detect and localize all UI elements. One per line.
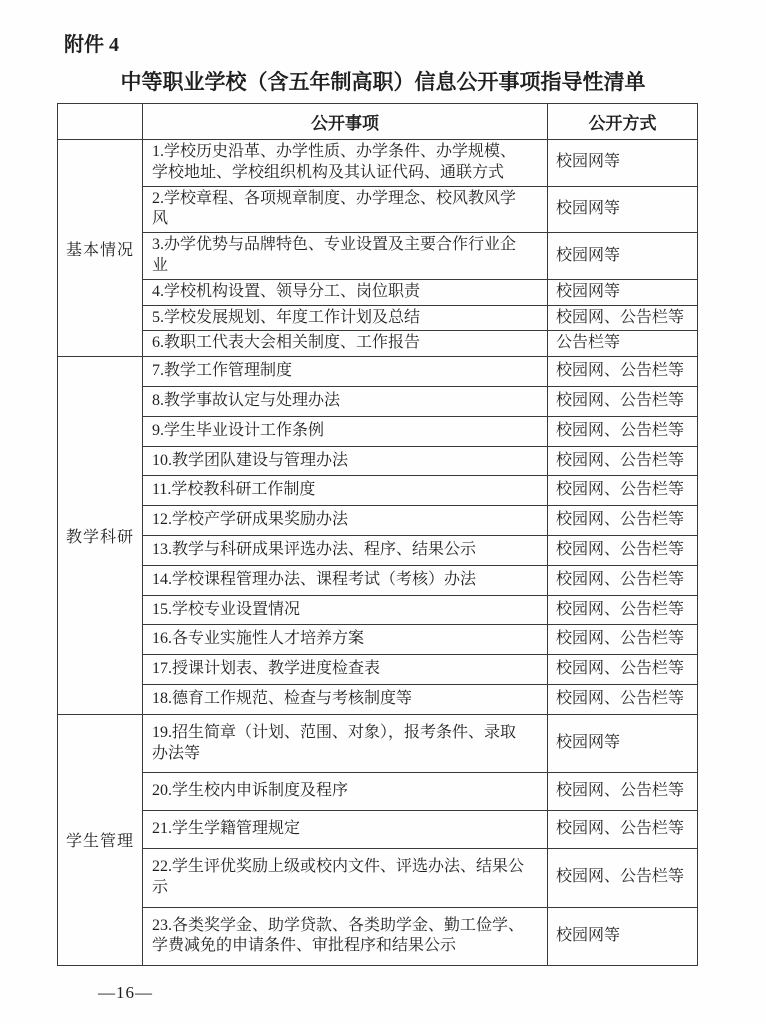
table-row: 9.学生毕业设计工作条例校园网、公告栏等 <box>58 416 698 446</box>
method-cell: 校园网、公告栏等 <box>548 684 698 714</box>
method-cell: 校园网等 <box>548 140 698 187</box>
item-cell: 3.办学优势与品牌特色、专业设置及主要合作行业企业 <box>143 233 548 280</box>
method-cell: 校园网等 <box>548 907 698 966</box>
item-cell: 16.各专业实施性人才培养方案 <box>143 625 548 655</box>
table-header-row: 公开事项 公开方式 <box>58 104 698 140</box>
method-cell: 校园网等 <box>548 233 698 280</box>
item-cell: 9.学生毕业设计工作条例 <box>143 416 548 446</box>
method-cell: 校园网、公告栏等 <box>548 655 698 685</box>
item-cell: 15.学校专业设置情况 <box>143 595 548 625</box>
table-row: 15.学校专业设置情况校园网、公告栏等 <box>58 595 698 625</box>
disclosure-table: 公开事项 公开方式 基本情况1.学校历史沿革、办学性质、办学条件、办学规模、学校… <box>57 103 698 966</box>
table-row: 教学科研7.教学工作管理制度校园网、公告栏等 <box>58 357 698 387</box>
item-cell: 17.授课计划表、教学进度检查表 <box>143 655 548 685</box>
item-cell: 18.德育工作规范、检查与考核制度等 <box>143 684 548 714</box>
item-cell: 20.学生校内申诉制度及程序 <box>143 773 548 811</box>
method-cell: 校园网、公告栏等 <box>548 773 698 811</box>
method-cell: 校园网、公告栏等 <box>548 565 698 595</box>
table-row: 3.办学优势与品牌特色、专业设置及主要合作行业企业校园网等 <box>58 233 698 280</box>
method-cell: 校园网、公告栏等 <box>548 625 698 655</box>
item-cell: 14.学校课程管理办法、课程考试（考核）办法 <box>143 565 548 595</box>
table-row: 学生管理19.招生简章（计划、范围、对象），报考条件、录取办法等校园网等 <box>58 714 698 773</box>
method-cell: 校园网、公告栏等 <box>548 386 698 416</box>
item-cell: 10.教学团队建设与管理办法 <box>143 446 548 476</box>
method-cell: 校园网、公告栏等 <box>548 506 698 536</box>
table-row: 5.学校发展规划、年度工作计划及总结校园网、公告栏等 <box>58 305 698 331</box>
item-cell: 8.教学事故认定与处理办法 <box>143 386 548 416</box>
method-cell: 校园网等 <box>548 186 698 233</box>
method-cell: 校园网、公告栏等 <box>548 535 698 565</box>
table-row: 20.学生校内申诉制度及程序校园网、公告栏等 <box>58 773 698 811</box>
category-cell: 教学科研 <box>58 357 143 715</box>
method-cell: 校园网、公告栏等 <box>548 416 698 446</box>
category-cell: 学生管理 <box>58 714 143 965</box>
method-cell: 公告栏等 <box>548 331 698 357</box>
method-cell: 校园网、公告栏等 <box>548 305 698 331</box>
item-cell: 2.学校章程、各项规章制度、办学理念、校风教风学风 <box>143 186 548 233</box>
item-cell: 6.教职工代表大会相关制度、工作报告 <box>143 331 548 357</box>
table-row: 23.各类奖学金、助学贷款、各类助学金、勤工俭学、学费减免的申请条件、审批程序和… <box>58 907 698 966</box>
document-page: 附件 4 中等职业学校（含五年制高职）信息公开事项指导性清单 公开事项 公开方式… <box>0 0 766 1024</box>
method-cell: 校园网、公告栏等 <box>548 446 698 476</box>
item-cell: 13.教学与科研成果评选办法、程序、结果公示 <box>143 535 548 565</box>
table-row: 4.学校机构设置、领导分工、岗位职责校园网等 <box>58 279 698 305</box>
item-cell: 21.学生学籍管理规定 <box>143 811 548 849</box>
table-row: 16.各专业实施性人才培养方案校园网、公告栏等 <box>58 625 698 655</box>
table-row: 12.学校产学研成果奖励办法校园网、公告栏等 <box>58 506 698 536</box>
item-cell: 7.教学工作管理制度 <box>143 357 548 387</box>
table-row: 2.学校章程、各项规章制度、办学理念、校风教风学风校园网等 <box>58 186 698 233</box>
table-row: 21.学生学籍管理规定校园网、公告栏等 <box>58 811 698 849</box>
table-row: 13.教学与科研成果评选办法、程序、结果公示校园网、公告栏等 <box>58 535 698 565</box>
method-cell: 校园网等 <box>548 279 698 305</box>
method-cell: 校园网、公告栏等 <box>548 357 698 387</box>
table-row: 基本情况1.学校历史沿革、办学性质、办学条件、办学规模、学校地址、学校组织机构及… <box>58 140 698 187</box>
table-row: 18.德育工作规范、检查与考核制度等校园网、公告栏等 <box>58 684 698 714</box>
item-cell: 23.各类奖学金、助学贷款、各类助学金、勤工俭学、学费减免的申请条件、审批程序和… <box>143 907 548 966</box>
table-row: 8.教学事故认定与处理办法校园网、公告栏等 <box>58 386 698 416</box>
table-row: 22.学生评优奖励上级或校内文件、评选办法、结果公示校园网、公告栏等 <box>58 848 698 907</box>
method-cell: 校园网、公告栏等 <box>548 595 698 625</box>
table-row: 11.学校教科研工作制度校园网、公告栏等 <box>58 476 698 506</box>
method-cell: 校园网、公告栏等 <box>548 811 698 849</box>
table-row: 14.学校课程管理办法、课程考试（考核）办法校园网、公告栏等 <box>58 565 698 595</box>
header-category-cell <box>58 104 143 140</box>
method-cell: 校园网等 <box>548 714 698 773</box>
item-cell: 19.招生简章（计划、范围、对象），报考条件、录取办法等 <box>143 714 548 773</box>
method-cell: 校园网、公告栏等 <box>548 476 698 506</box>
category-cell: 基本情况 <box>58 140 143 357</box>
item-cell: 4.学校机构设置、领导分工、岗位职责 <box>143 279 548 305</box>
item-cell: 22.学生评优奖励上级或校内文件、评选办法、结果公示 <box>143 848 548 907</box>
table-row: 10.教学团队建设与管理办法校园网、公告栏等 <box>58 446 698 476</box>
item-cell: 11.学校教科研工作制度 <box>143 476 548 506</box>
item-cell: 12.学校产学研成果奖励办法 <box>143 506 548 536</box>
item-cell: 5.学校发展规划、年度工作计划及总结 <box>143 305 548 331</box>
page-title: 中等职业学校（含五年制高职）信息公开事项指导性清单 <box>0 66 766 96</box>
item-cell: 1.学校历史沿革、办学性质、办学条件、办学规模、学校地址、学校组织机构及其认证代… <box>143 140 548 187</box>
table-row: 17.授课计划表、教学进度检查表校园网、公告栏等 <box>58 655 698 685</box>
header-method-cell: 公开方式 <box>548 104 698 140</box>
page-number: —16— <box>98 983 153 1003</box>
method-cell: 校园网、公告栏等 <box>548 848 698 907</box>
header-item-cell: 公开事项 <box>143 104 548 140</box>
table-row: 6.教职工代表大会相关制度、工作报告公告栏等 <box>58 331 698 357</box>
attachment-label: 附件 4 <box>64 28 119 57</box>
